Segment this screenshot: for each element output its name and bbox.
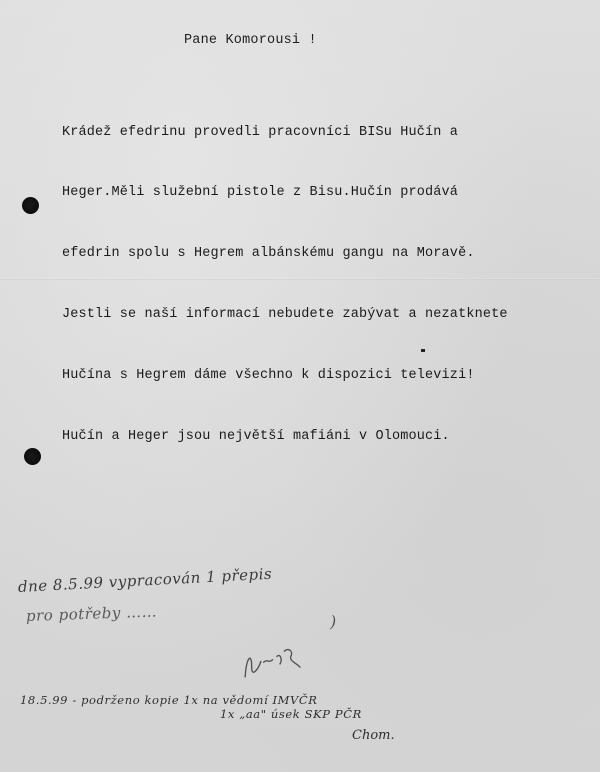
body-line: Krádež efedrinu provedli pracovníci BISu… (62, 123, 508, 143)
ink-speck (421, 349, 425, 352)
handwritten-note-line: 18.5.99 - podrženo kopie 1x na vědomí IM… (20, 693, 318, 707)
body-line: efedrin spolu s Hegrem albánskému gangu … (62, 244, 508, 264)
handwritten-note-line: pro potřeby …… (26, 602, 158, 625)
body-line: Jestli se naší informací nebudete zabýva… (62, 305, 508, 325)
handwritten-note-line: dne 8.5.99 vypracován 1 přepis (18, 565, 273, 596)
punch-hole-icon (22, 197, 39, 214)
handwritten-note-line: 1x „aa" úsek SKP PČR (220, 707, 362, 721)
signature-scribble-icon (237, 640, 311, 683)
handwritten-initials: Chom. (352, 728, 395, 743)
letter-body: Krádež efedrinu provedli pracovníci BISu… (62, 82, 508, 488)
body-line: Hučín a Heger jsou největší mafiáni v Ol… (62, 427, 508, 447)
handwritten-mark: ) (330, 612, 336, 631)
punch-hole-icon (24, 448, 41, 465)
body-line: Hučína s Hegrem dáme všechno k dispozici… (62, 366, 508, 386)
salutation: Pane Komorousi ! (184, 33, 317, 48)
body-line: Heger.Měli služební pistole z Bisu.Hučín… (62, 183, 508, 203)
handwritten-signature (237, 640, 312, 688)
scanned-letter-page: Pane Komorousi ! Krádež efedrinu provedl… (0, 0, 600, 772)
